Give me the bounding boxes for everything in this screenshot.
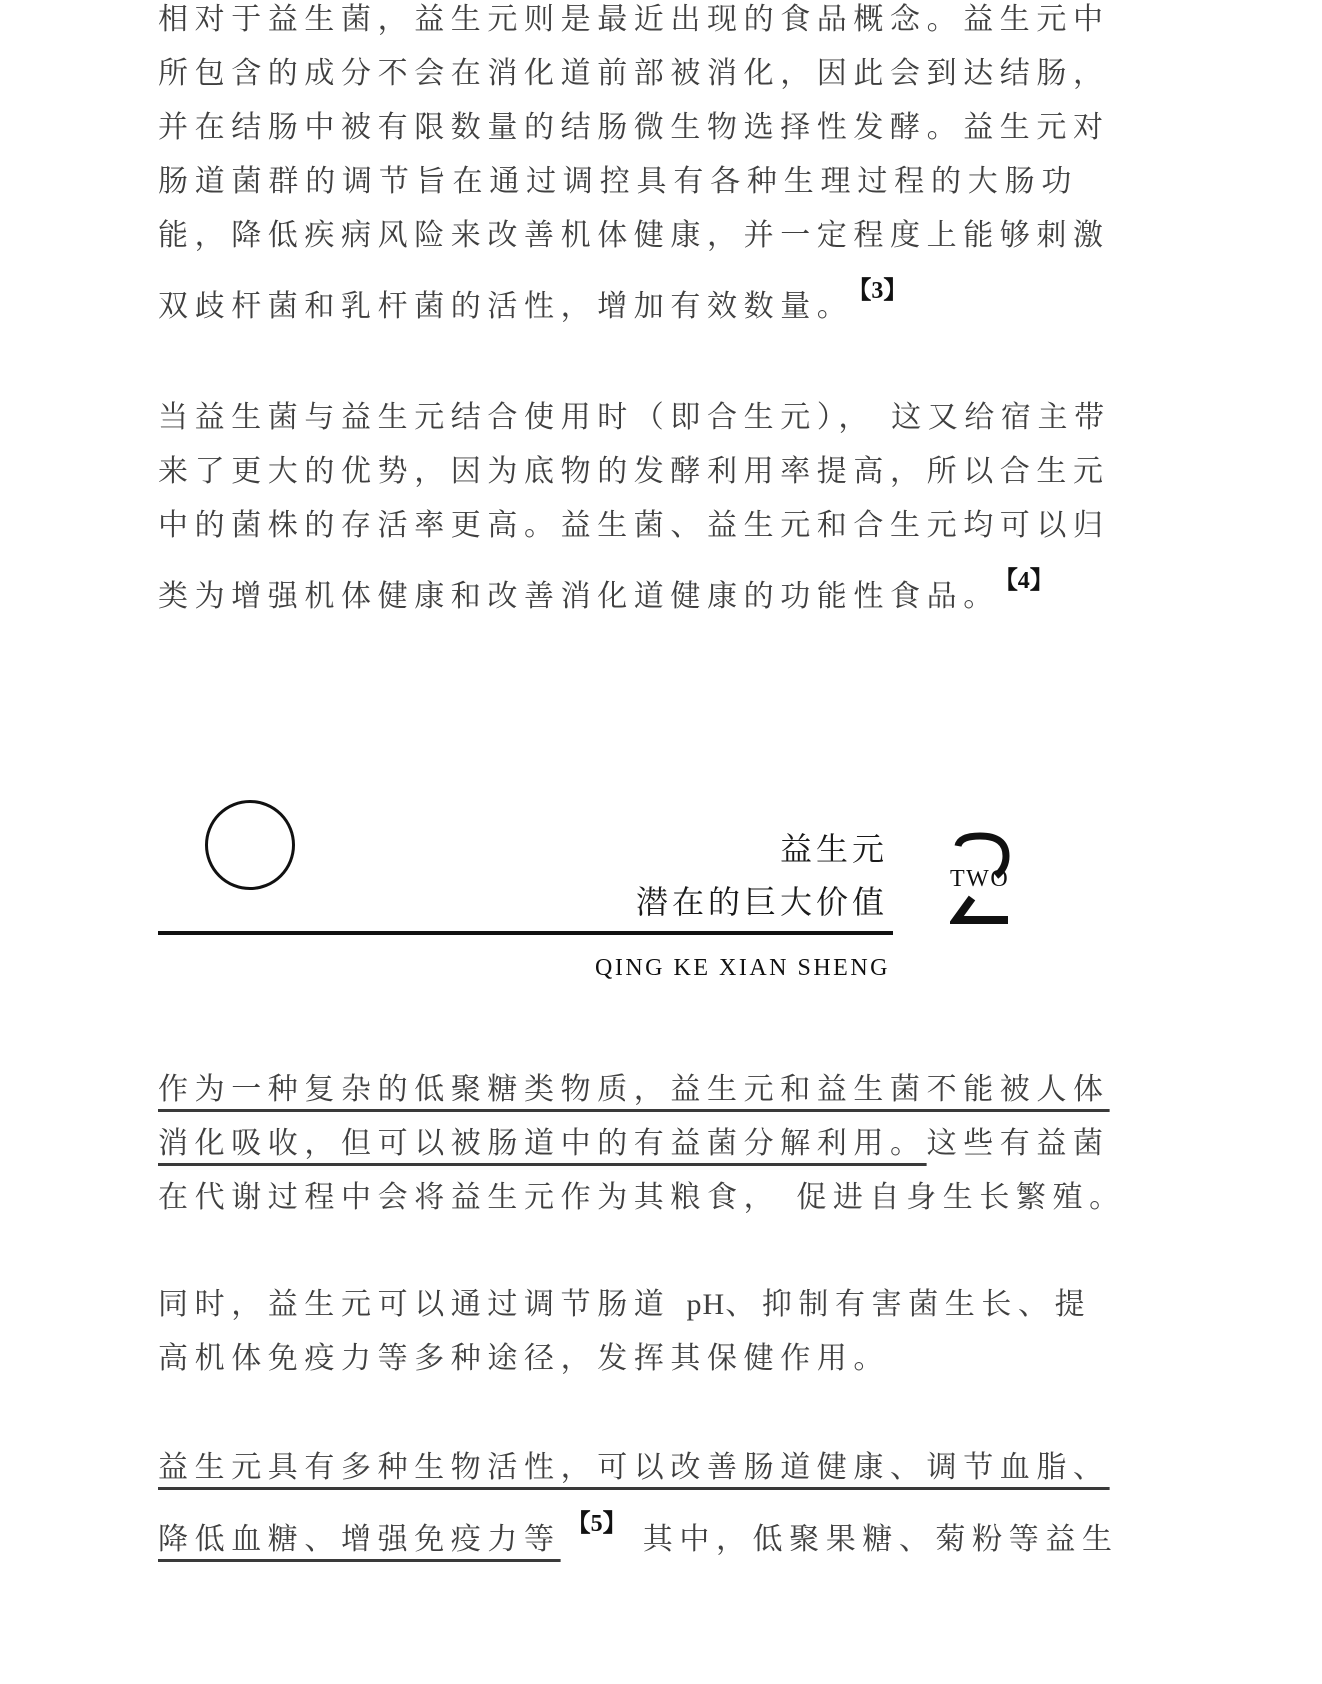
text-line: 中的菌株的存活率更高。益生菌、益生元和合生元均可以归 xyxy=(158,506,1078,546)
circle-decoration-icon xyxy=(205,800,295,890)
text-line-content: 同时，益生元可以通过调节肠道 xyxy=(158,1287,687,1322)
text-line: 相对于益生菌，益生元则是最近出现的食品概念。益生元中 xyxy=(158,0,1078,40)
text-line: 来了更大的优势，因为底物的发酵利用率提高，所以合生元 xyxy=(158,452,1078,492)
citation-ref: 【4】 xyxy=(1006,568,1054,594)
text-line-content: 其中，低聚果糖、菊粉等益生 xyxy=(643,1522,1119,1557)
section-number-badge: TWO xyxy=(950,832,1020,928)
text-line: 作为一种复杂的低聚糖类物质，益生元和益生菌不能被人体 xyxy=(158,1070,1078,1110)
text-line-content: 类为增强机体健康和改善消化道健康的功能性食品。 xyxy=(158,579,1000,614)
text-line: 肠道菌群的调节旨在通过调控具有各种生理过程的大肠功 xyxy=(158,162,1078,202)
text-line: 能，降低疾病风险来改善机体健康，并一定程度上能够刺激 xyxy=(158,216,1078,256)
section-title-line2: 潜在的巨大价值 xyxy=(636,882,888,922)
text-line: 当益生菌与益生元结合使用时（即合生元）， 这又给宿主带 xyxy=(158,398,1078,438)
text-line: 所包含的成分不会在消化道前部被消化，因此会到达结肠， xyxy=(158,54,1078,94)
highlighted-text: 作为一种复杂的低聚糖类物质，益生元和益生菌不能被人体 xyxy=(158,1072,1110,1107)
text-line-content: 双歧杆菌和乳杆菌的活性，增加有效数量。 xyxy=(158,289,853,324)
section-divider xyxy=(158,931,893,935)
highlighted-text: 益生元具有多种生物活性，可以改善肠道健康、调节血脂、 xyxy=(158,1450,1110,1485)
citation-ref: 【5】 xyxy=(567,1511,627,1537)
text-line: 高机体免疫力等多种途径，发挥其保健作用。 xyxy=(158,1339,890,1379)
ph-text: pH xyxy=(687,1288,726,1321)
text-line-content: 、抑制有害菌生长、提 xyxy=(725,1287,1091,1322)
highlighted-text: 消化吸收，但可以被肠道中的有益菌分解利用。 xyxy=(158,1126,927,1161)
text-line: 降低血糖、增强免疫力等【5】 其中，低聚果糖、菊粉等益生 xyxy=(158,1520,1119,1562)
citation-ref: 【3】 xyxy=(859,278,907,304)
text-line: 益生元具有多种生物活性，可以改善肠道健康、调节血脂、 xyxy=(158,1448,1078,1488)
highlighted-text: 降低血糖、增强免疫力等 xyxy=(158,1522,561,1557)
text-line: 在代谢过程中会将益生元作为其粮食， 促进自身生长繁殖。 xyxy=(158,1178,1126,1218)
section-title-line1: 益生元 xyxy=(780,829,888,869)
text-line-content: 这些有益菌 xyxy=(927,1126,1110,1161)
text-line: 消化吸收，但可以被肠道中的有益菌分解利用。这些有益菌 xyxy=(158,1124,1110,1164)
section-subtitle: QING KE XIAN SHENG xyxy=(595,955,890,982)
text-line: 类为增强机体健康和改善消化道健康的功能性食品。【4】 xyxy=(158,577,1054,619)
text-line: 并在结肠中被有限数量的结肠微生物选择性发酵。益生元对 xyxy=(158,108,1078,148)
text-line: 双歧杆菌和乳杆菌的活性，增加有效数量。【3】 xyxy=(158,287,907,329)
section-number-label: TWO xyxy=(950,866,1009,893)
text-line: 同时，益生元可以通过调节肠道 pH、抑制有害菌生长、提 xyxy=(158,1285,1078,1325)
